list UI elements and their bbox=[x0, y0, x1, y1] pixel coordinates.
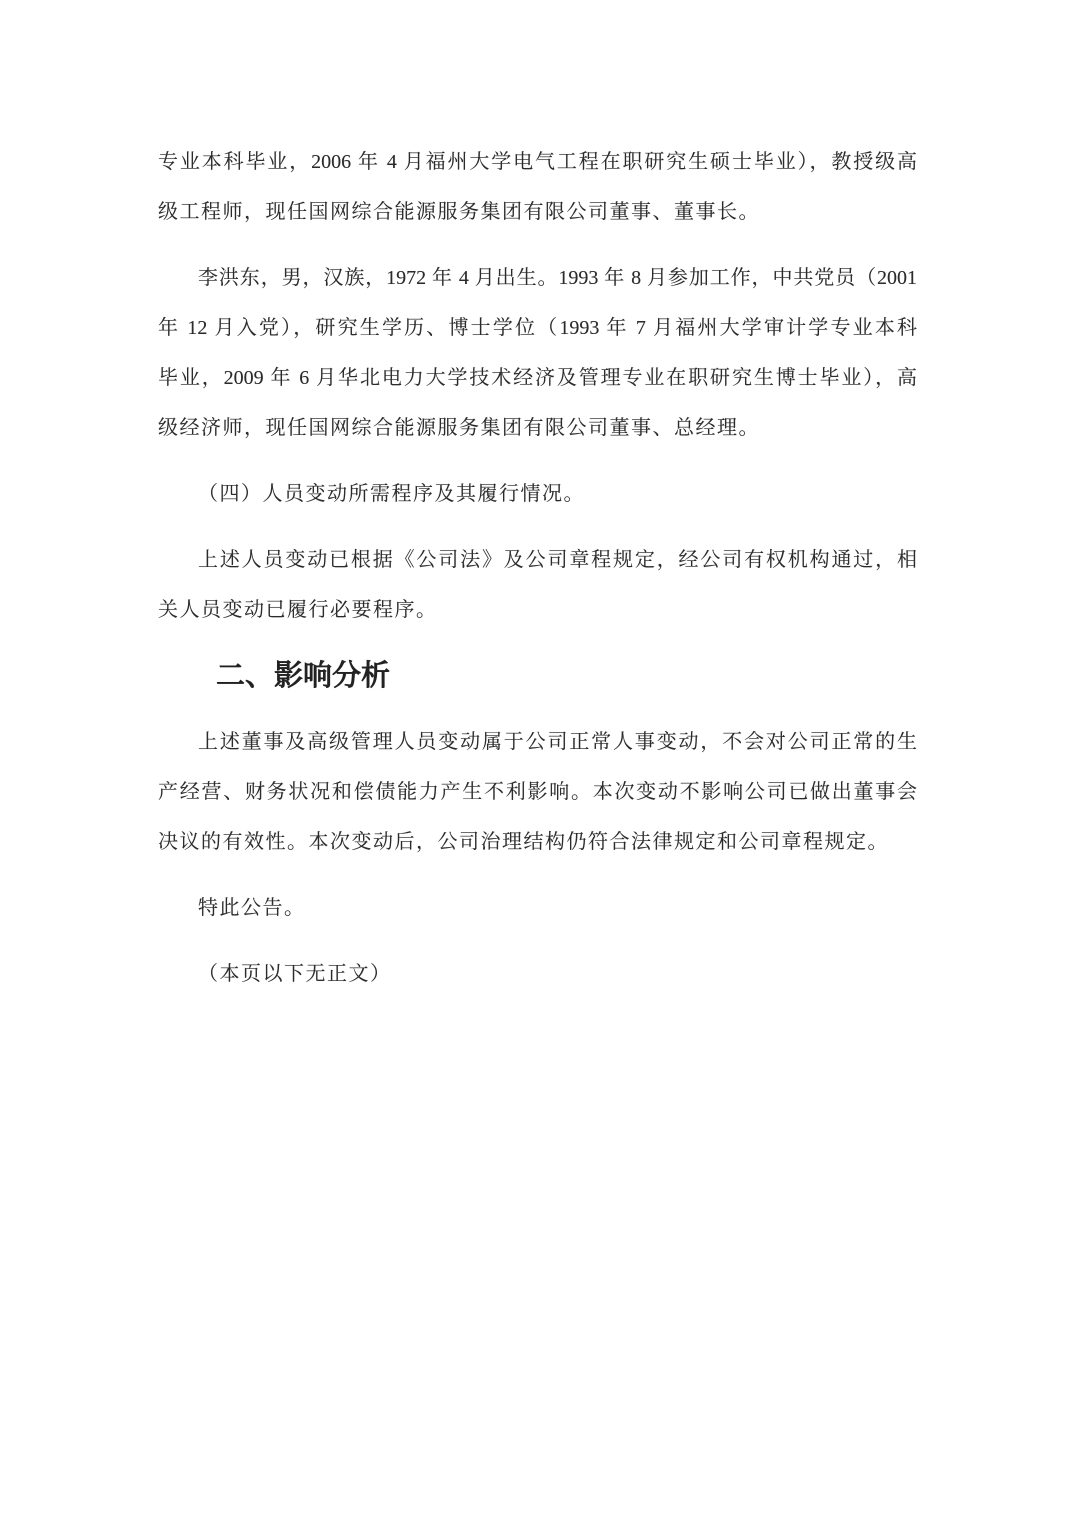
paragraph-continuation-zhang-bio: 专业本科毕业，2006 年 4 月福州大学电气工程在职研究生硕士毕业），教授级高… bbox=[158, 137, 917, 237]
paragraph-li-hongdong-bio: 李洪东，男，汉族，1972 年 4 月出生。1993 年 8 月参加工作，中共党… bbox=[158, 253, 917, 453]
paragraph-no-text-below-note: （本页以下无正文） bbox=[158, 949, 917, 999]
paragraph-procedures-fulfilled: 上述人员变动已根据《公司法》及公司章程规定，经公司有权机构通过，相 关人员变动已… bbox=[158, 535, 917, 635]
doc-line: 上述人员变动已根据《公司法》及公司章程规定，经公司有权机构通过，相 bbox=[158, 535, 917, 585]
doc-line: （本页以下无正文） bbox=[158, 949, 917, 999]
doc-line: 特此公告。 bbox=[158, 883, 917, 933]
paragraph-item-four-procedures-title: （四）人员变动所需程序及其履行情况。 bbox=[158, 469, 917, 519]
document-body: 专业本科毕业，2006 年 4 月福州大学电气工程在职研究生硕士毕业），教授级高… bbox=[158, 137, 917, 1015]
doc-line: 年 12 月入党），研究生学历、博士学位（1993 年 7 月福州大学审计学专业… bbox=[158, 303, 917, 353]
doc-line: （四）人员变动所需程序及其履行情况。 bbox=[158, 469, 917, 519]
doc-line: 毕业，2009 年 6 月华北电力大学技术经济及管理专业在职研究生博士毕业），高 bbox=[158, 353, 917, 403]
section-heading-text: 二、影响分析 bbox=[158, 651, 917, 701]
doc-line: 李洪东，男，汉族，1972 年 4 月出生。1993 年 8 月参加工作，中共党… bbox=[158, 253, 917, 303]
doc-line: 专业本科毕业，2006 年 4 月福州大学电气工程在职研究生硕士毕业），教授级高 bbox=[158, 137, 917, 187]
doc-line: 关人员变动已履行必要程序。 bbox=[158, 585, 917, 635]
doc-line: 产经营、财务状况和偿债能力产生不利影响。本次变动不影响公司已做出董事会 bbox=[158, 767, 917, 817]
doc-line: 上述董事及高级管理人员变动属于公司正常人事变动，不会对公司正常的生 bbox=[158, 717, 917, 767]
section-heading-impact-analysis: 二、影响分析 bbox=[158, 651, 917, 701]
paragraph-hereby-announced: 特此公告。 bbox=[158, 883, 917, 933]
doc-line: 级工程师，现任国网综合能源服务集团有限公司董事、董事长。 bbox=[158, 187, 917, 237]
announcement-page: 专业本科毕业，2006 年 4 月福州大学电气工程在职研究生硕士毕业），教授级高… bbox=[0, 0, 1080, 1528]
paragraph-impact-analysis: 上述董事及高级管理人员变动属于公司正常人事变动，不会对公司正常的生 产经营、财务… bbox=[158, 717, 917, 867]
doc-line: 决议的有效性。本次变动后，公司治理结构仍符合法律规定和公司章程规定。 bbox=[158, 817, 917, 867]
doc-line: 级经济师，现任国网综合能源服务集团有限公司董事、总经理。 bbox=[158, 403, 917, 453]
